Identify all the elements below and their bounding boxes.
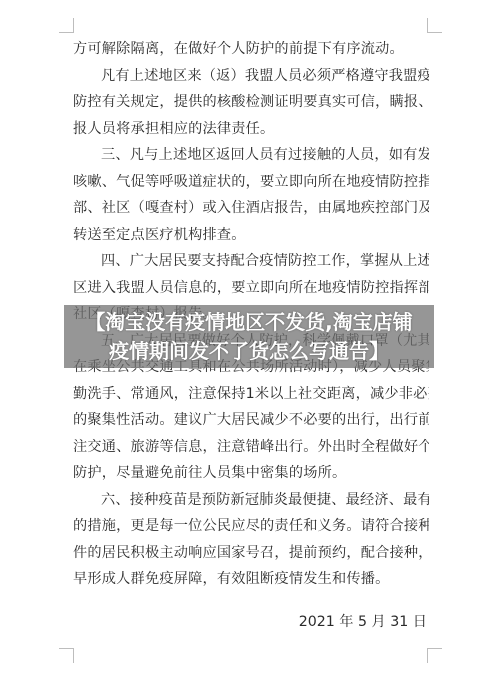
- paragraph-line: 防控有关规定，提供的核酸检测证明要真实可信，瞒报、谎: [73, 89, 429, 116]
- document-date: 2021 年 5 月 31 日: [299, 609, 427, 635]
- paragraph-line: 的措施，更是每一位公民应尽的责任和义务。请符合接种条: [73, 513, 429, 540]
- page-corner-mark: [59, 648, 74, 663]
- paragraph-line: 六、接种疫苗是预防新冠肺炎最便捷、最经济、最有效: [73, 487, 429, 514]
- paragraph-line: 三、凡与上述地区返回人员有过接触的人员，如有发热、: [73, 142, 429, 169]
- page-corner-mark: [59, 18, 74, 33]
- paragraph-line: 报人员将承担相应的法律责任。: [73, 116, 429, 143]
- paragraph-line: 凡有上述地区来（返）我盟人员必须严格遵守我盟疫情: [73, 63, 429, 90]
- paragraph-line: 区进入我盟人员信息的，要立即向所在地疫情防控指挥部、: [73, 275, 429, 302]
- paragraph-line: 的聚集性活动。建议广大居民减少不必要的出行，出行前关: [73, 407, 429, 434]
- page-corner-mark: [427, 18, 442, 33]
- overlay-title: 【淘宝没有疫情地区不发货,淘宝店铺 疫情期间发不了货怎么写通告】: [64, 305, 434, 366]
- paragraph-line: 件的居民积极主动响应国家号召，提前预约，配合接种，尽: [73, 540, 429, 567]
- paragraph-line: 勤洗手、常通风，注意保持1米以上社交距离，减少非必要: [73, 381, 429, 408]
- overlay-title-line: 【淘宝没有疫情地区不发货,淘宝店铺: [64, 308, 434, 337]
- paragraph-line: 咳嗽、气促等呼吸道症状的，要立即向所在地疫情防控指挥: [73, 169, 429, 196]
- paragraph-line: 早形成人群免疫屏障，有效阻断疫情发生和传播。: [73, 566, 429, 593]
- paragraph-line: 防护，尽量避免前往人员集中密集的场所。: [73, 460, 429, 487]
- paragraph-line: 方可解除隔离，在做好个人防护的前提下有序流动。: [73, 36, 429, 63]
- paragraph-line: 部、社区（嘎查村）或入住酒店报告，由属地疾控部门及时: [73, 195, 429, 222]
- page-corner-mark: [427, 648, 442, 663]
- paragraph-line: 四、广大居民要支持配合疫情防控工作，掌握从上述地: [73, 248, 429, 275]
- paragraph-line: 注交通、旅游等信息，注意错峰出行。外出时全程做好个人: [73, 434, 429, 461]
- overlay-title-line: 疫情期间发不了货怎么写通告】: [64, 337, 434, 366]
- paragraph-line: 转送至定点医疗机构排查。: [73, 222, 429, 249]
